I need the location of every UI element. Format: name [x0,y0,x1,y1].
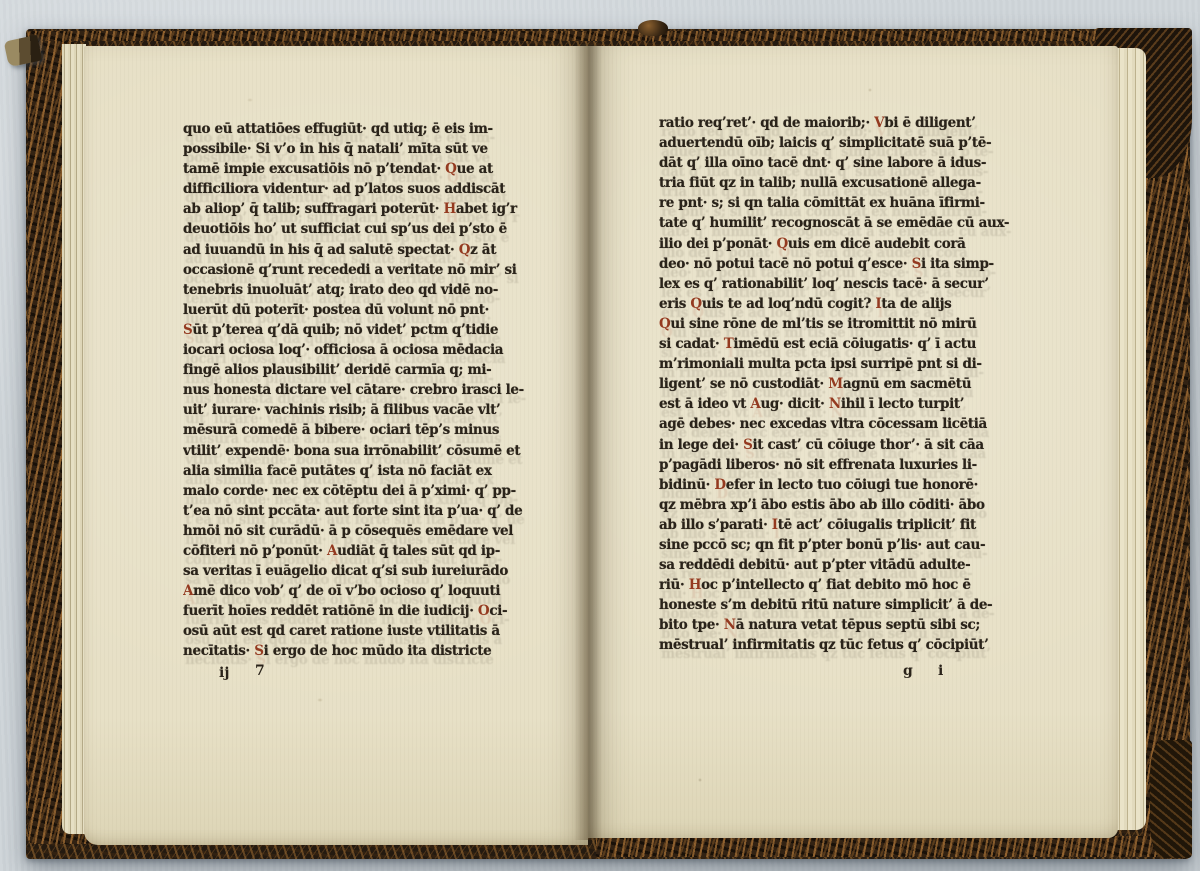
text-line: ab aliop’ q̄ talib; suffragari poterūt· … [183,199,552,219]
text-line: sa veritas ī euāgelio dicat q’si sub iur… [183,561,552,581]
text-line: tate q’ humilit’ recognoscāt ā se emēdāe… [659,213,1034,233]
text-line: alia similia facē putātes q’ ista nō fac… [183,461,552,481]
photo-background: { "colors":{ "background":"#cfd5d9","pag… [0,0,1200,871]
text-line: si cadat· Timēdū est eciā cōiugatis· q’ … [659,334,1034,354]
text-line: ratio req’ret’· qd de maiorib;· Vbi ē di… [659,113,1034,133]
text-line: riū· Hoc p’intellecto q’ fiat debito mō … [659,575,1034,595]
text-line: eris Quis te ad loq’ndū cogit? Ita de al… [659,294,1034,314]
text-line: re pnt· s; si qn talia cōmittāt ex huāna… [659,193,1034,213]
text-line: luerūt dū poterīt· postea dū volunt nō p… [183,300,552,320]
text-line: deuotiōis ho’ ut sufficiat cui sp’us dei… [183,219,552,239]
left-page-edge-stack [62,44,86,834]
text-line: quo eū attatiōes effugiūt· qd utiq; ē ei… [183,119,552,139]
text-line: p’pagādi liberos· nō sit effrenata luxur… [659,455,1034,475]
text-line: aduertendū oīb; laicis q’ simplicitatē s… [659,133,1034,153]
rubricated-initial: V [874,115,884,131]
text-line: sa reddēdi debitū· aut p’pter vitādū adu… [659,555,1034,575]
rubricated-initial: Q [445,161,456,177]
text-line: mēstrual’ infirmitatis qz tūc fetus q’ c… [659,635,1034,655]
text-line: Sūt p’terea q’dā quib; nō videt’ pctm q’… [183,320,552,340]
rubricated-initial: S [254,643,263,659]
text-line: in lege dei· Sit cast’ cū cōiuge thor’· … [659,435,1034,455]
worn-leather-corner-bottom-right [1150,740,1192,858]
text-line: difficiliora videntur· ad p’latos suos a… [183,179,552,199]
right-page-text: ratio req’ret’· qd de maiorib;· Vbi ē di… [659,113,1034,661]
text-line: hmōi nō sit curādū· ā p cōsequēs emēdare… [183,521,552,541]
right-signature-mark: g [903,663,913,679]
text-line: tamē impie excusatiōis nō p’tendat· Que … [183,159,552,179]
text-line: nus honesta dictare vel cātare· crebro i… [183,380,552,400]
text-line: bidinū· Defer in lecto tuo cōiugi tue ho… [659,475,1034,495]
text-line: deo· nō potui tacē nō potui q’esce· Si i… [659,254,1034,274]
rubricated-initial: A [750,396,760,412]
text-line: cōfiteri nō p’ponūt· Audiāt q̄ tales sūt… [183,541,552,561]
text-line: osū aūt est qd caret ratione iuste vtili… [183,621,552,641]
rubricated-initial: O [478,603,489,619]
rubricated-initial: A [327,543,337,559]
rubricated-initial: S [183,322,192,338]
text-line: ligent’ se nō custodiāt· Magnū em sacmēt… [659,374,1034,394]
gutter-shadow [574,44,602,840]
text-line: bito tpe· Nā natura vetat tēpus septū si… [659,615,1034,635]
left-signature-mark: ij [219,665,229,681]
rubricated-initial: S [912,256,921,272]
text-line: agē debes· nec excedas vltra cōcessam li… [659,414,1034,434]
text-line: iocari ociosa loq’· officiosa ā ociosa m… [183,340,552,360]
text-line: est ā ideo vt Aug· dicit· Nihil ī lecto … [659,394,1034,414]
text-line: Qui sine rōne de ml’tis se itromittit nō… [659,314,1034,334]
text-line: possibile· Si v’o in his q̄ natali’ mīta… [183,139,552,159]
text-line: occasionē q’runt recededi a veritate nō … [183,260,552,280]
text-line: tenebris inuoluāt’ atq; irato deo qd vid… [183,280,552,300]
bottom-binding-edge [596,836,1188,857]
rubricated-initial: N [724,617,736,633]
text-line: qz mēbra xp’i ābo estis ābo ab illo cōdi… [659,495,1034,515]
rubricated-initial: H [443,201,455,217]
rubricated-initial: T [724,336,734,352]
text-line: necītatis· Si ergo de hoc mūdo ita distr… [183,641,552,661]
text-line: Amē dico vob’ q’ de oī v’bo ocioso q’ lo… [183,581,552,601]
rubricated-initial: A [183,583,193,599]
rubricated-initial: H [689,577,701,593]
text-line: honeste s’m debitū ritū nature simplicit… [659,595,1034,615]
left-page-text: quo eū attatiōes effugiūt· qd utiq; ē ei… [183,119,552,665]
rubricated-initial: Q [690,296,701,312]
text-line: uit’ iurare· vachinis risib; ā filibus v… [183,400,552,420]
rubricated-initial: M [828,376,843,392]
text-line: dāt q’ illa oīno tacē dnt· q’ sine labor… [659,153,1034,173]
text-line: sine pccō sc; qn fit p’pter bonū p’lis· … [659,535,1034,555]
left-signature-mark-2: 7 [255,663,265,679]
text-line: fuerīt hoīes reddēt ratiōnē in die iudic… [183,601,552,621]
text-line: mēsurā comedē ā bibere· ociari tēp’s min… [183,420,552,440]
text-line: malo corde· nec ex cōtēptu dei ā p’ximi·… [183,481,552,501]
rubricated-initial: Q [776,236,787,252]
rubricated-initial: N [829,396,841,412]
spine-headcap [638,20,668,36]
rubricated-initial: Q [659,316,670,332]
rubricated-initial: D [714,477,725,493]
text-line: lex es q’ rationabilit’ loq’ nescis tacē… [659,274,1034,294]
text-line: fingē alios plausibilit’ deridē carmīa q… [183,360,552,380]
text-line: ilio dei p’ponāt· Quis em dicē audebit c… [659,234,1034,254]
text-line: ad iuuandū in his q̄ ad salutē spectat· … [183,240,552,260]
rubricated-initial: Q [459,242,470,258]
text-line: t’ea nō sint pccāta· aut forte sint ita … [183,501,552,521]
right-signature-mark-2: i [938,663,943,679]
text-line: tria fiūt qz in talib; nullā excusationē… [659,173,1034,193]
top-binding-edge [28,31,1158,41]
text-line: m’rimoniali multa pcta ipsi surripē pnt … [659,354,1034,374]
text-line: vtilit’ expendē· bona sua irrōnabilit’ c… [183,441,552,461]
rubricated-initial: S [743,437,752,453]
text-line: ab illo s’parati· Itē act’ cōiugalis tri… [659,515,1034,535]
